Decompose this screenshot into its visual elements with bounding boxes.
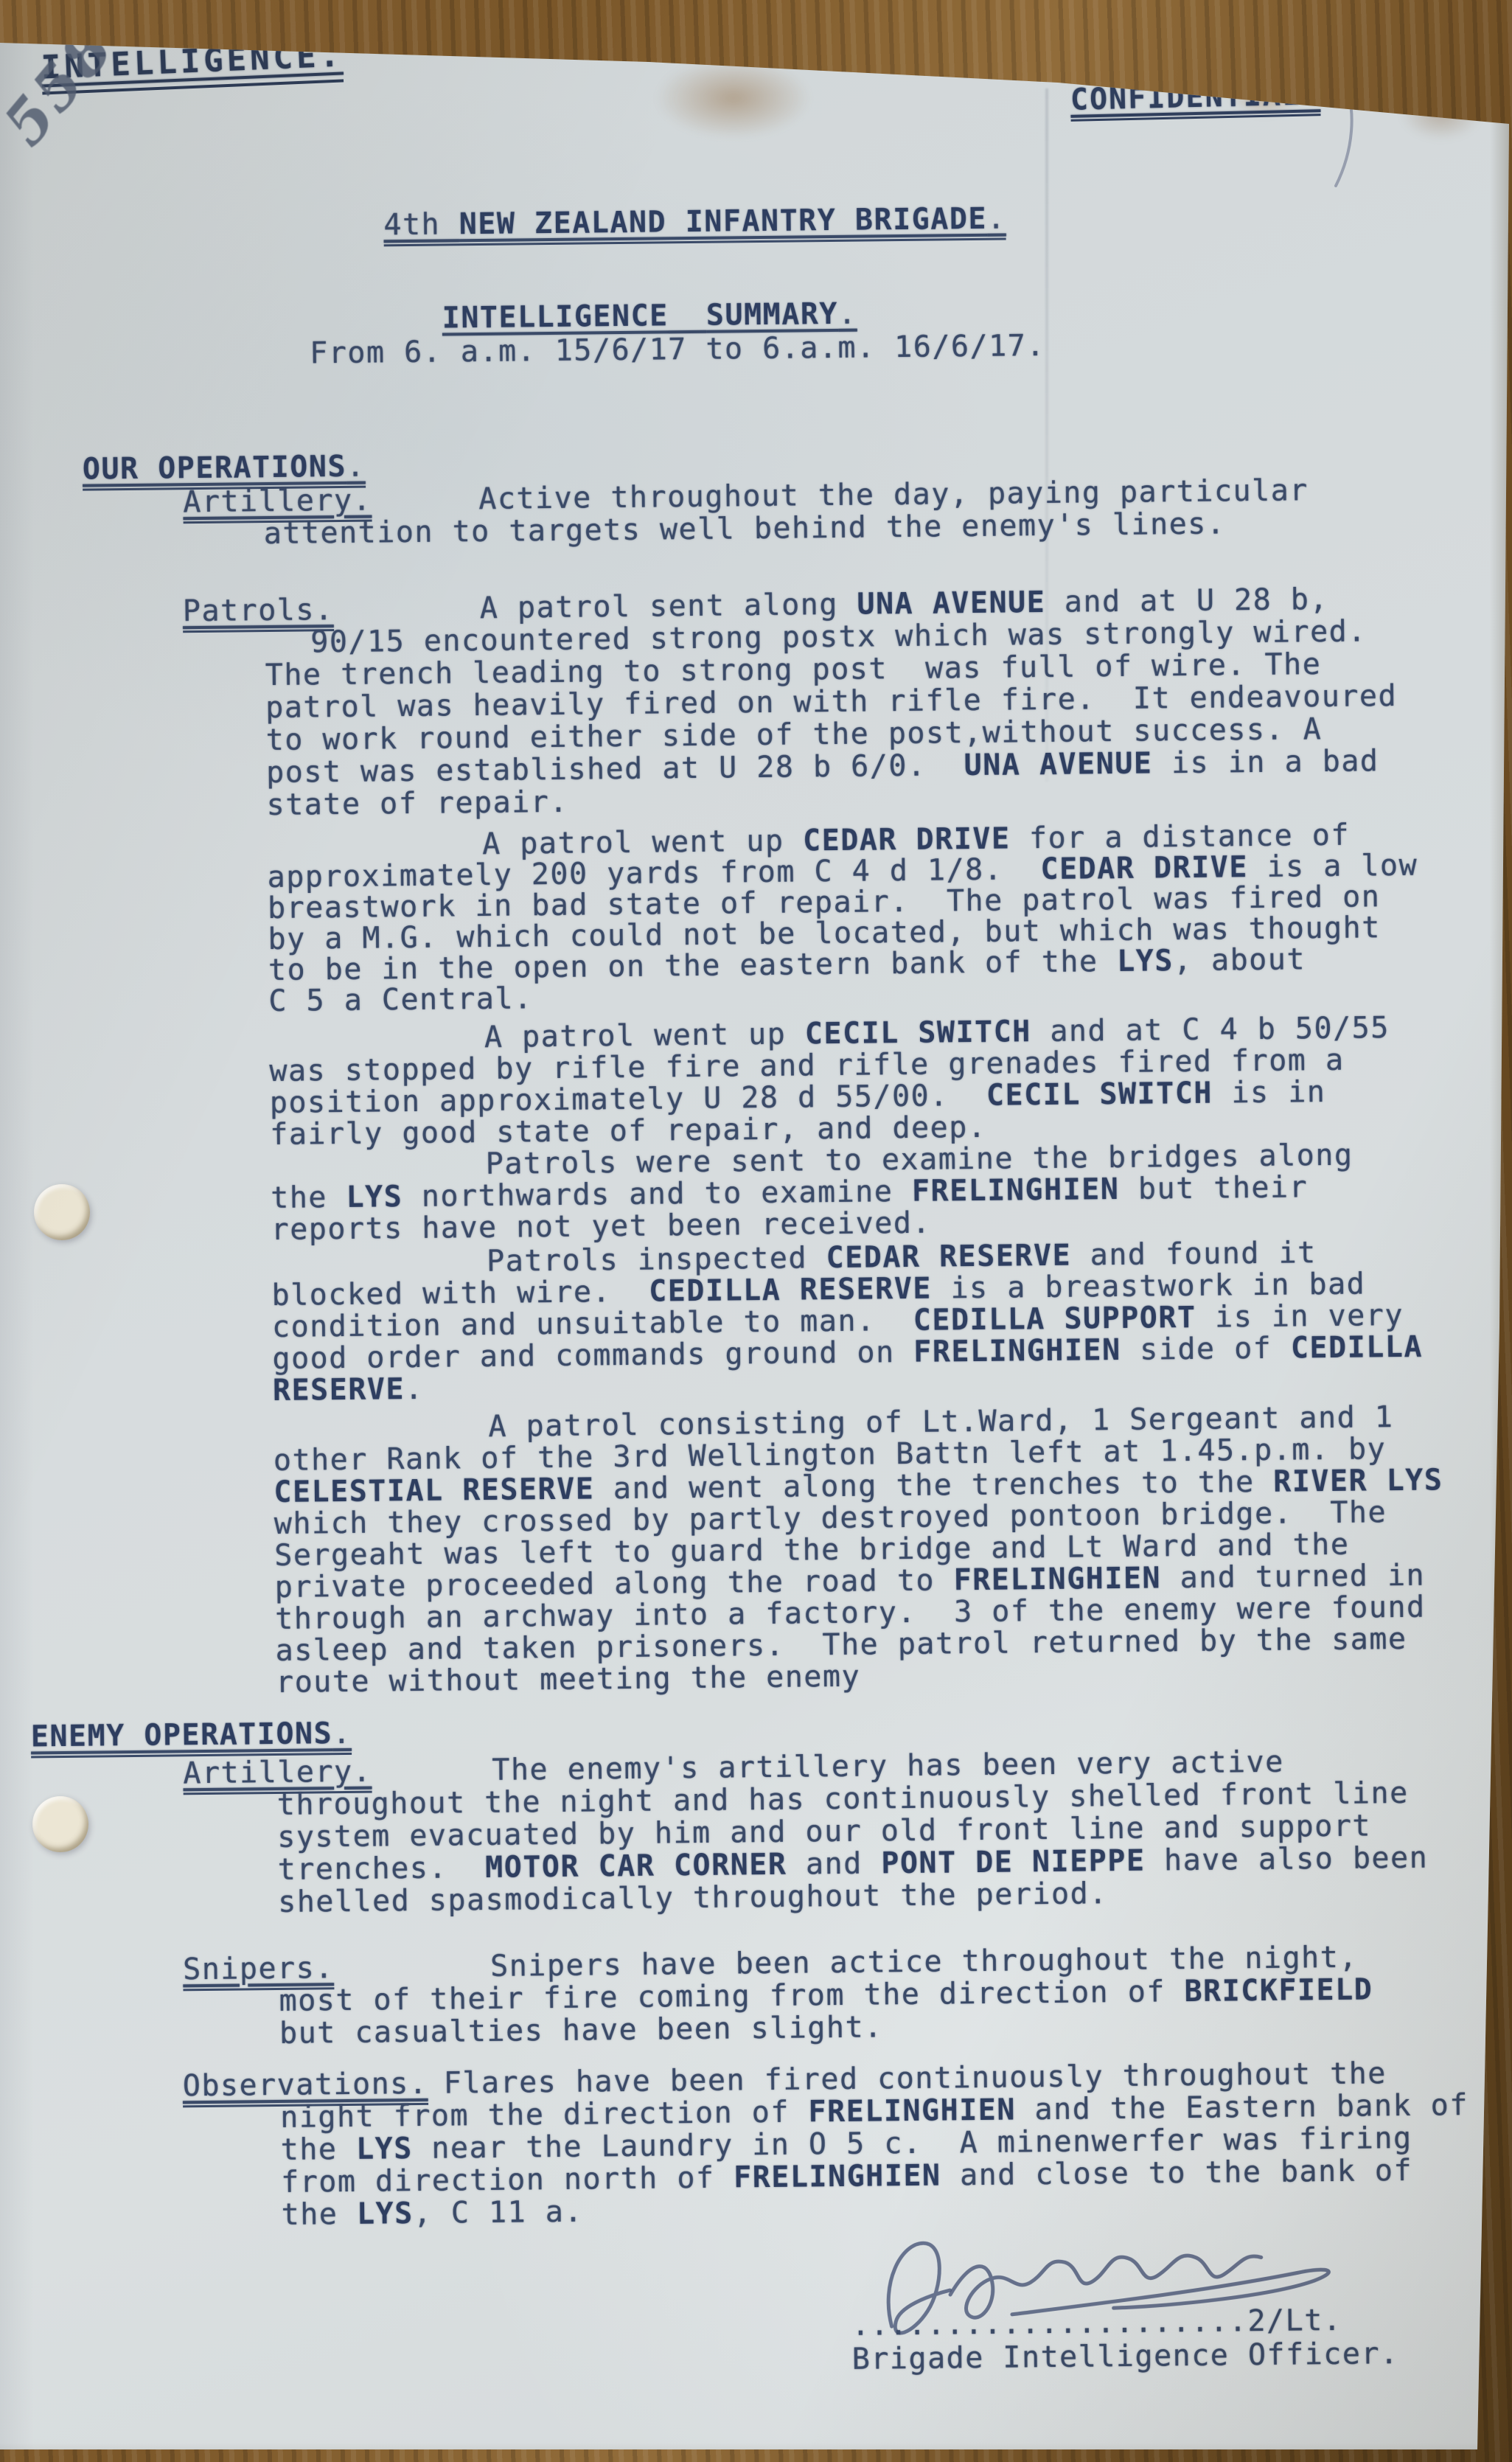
paper-sheet: INTELLIGENCE. 558 32 G.29. CONFIDENTIAL.…	[0, 0, 1512, 2462]
typed-line: state of repair.	[266, 786, 568, 821]
signature-rank-line: .....................2/Lt.	[851, 2304, 1342, 2342]
section-heading-enemy-operations: ENEMY OPERATIONS.	[31, 1717, 352, 1759]
typed-line: shelled spasmodically throughout the per…	[278, 1877, 1108, 1919]
document-photo: INTELLIGENCE. 558 32 G.29. CONFIDENTIAL.…	[0, 0, 1512, 2462]
typed-lines: OUR OPERATIONS.Artillery.Active througho…	[0, 0, 1499, 3]
reference-number: G.29.	[1253, 57, 1350, 91]
brigade-title: 4th NEW ZEALAND INFANTRY BRIGADE.	[383, 203, 1006, 247]
typed-line: reports have not yet been received.	[271, 1207, 931, 1246]
page-number: 32	[1375, 15, 1449, 61]
typed-line: route without meeting the enemy	[276, 1661, 860, 1699]
typed-line: RESERVE.	[273, 1373, 424, 1407]
typed-line: C 5 a Central.	[268, 982, 533, 1018]
summary-title: INTELLIGENCE SUMMARY.	[442, 298, 857, 335]
signature-role: Brigade Intelligence Officer.	[852, 2337, 1399, 2376]
typed-line: but casualties have been slight.	[279, 2011, 883, 2050]
typed-content: 4th NEW ZEALAND INFANTRY BRIGADE. INTELL…	[0, 0, 1512, 2462]
summary-period: From 6. a.m. 15/6/17 to 6.a.m. 16/6/17.	[310, 330, 1045, 369]
typed-line: attention to targets well behind the ene…	[264, 507, 1226, 550]
typed-line: the LYS, C 11 a.	[281, 2196, 583, 2231]
